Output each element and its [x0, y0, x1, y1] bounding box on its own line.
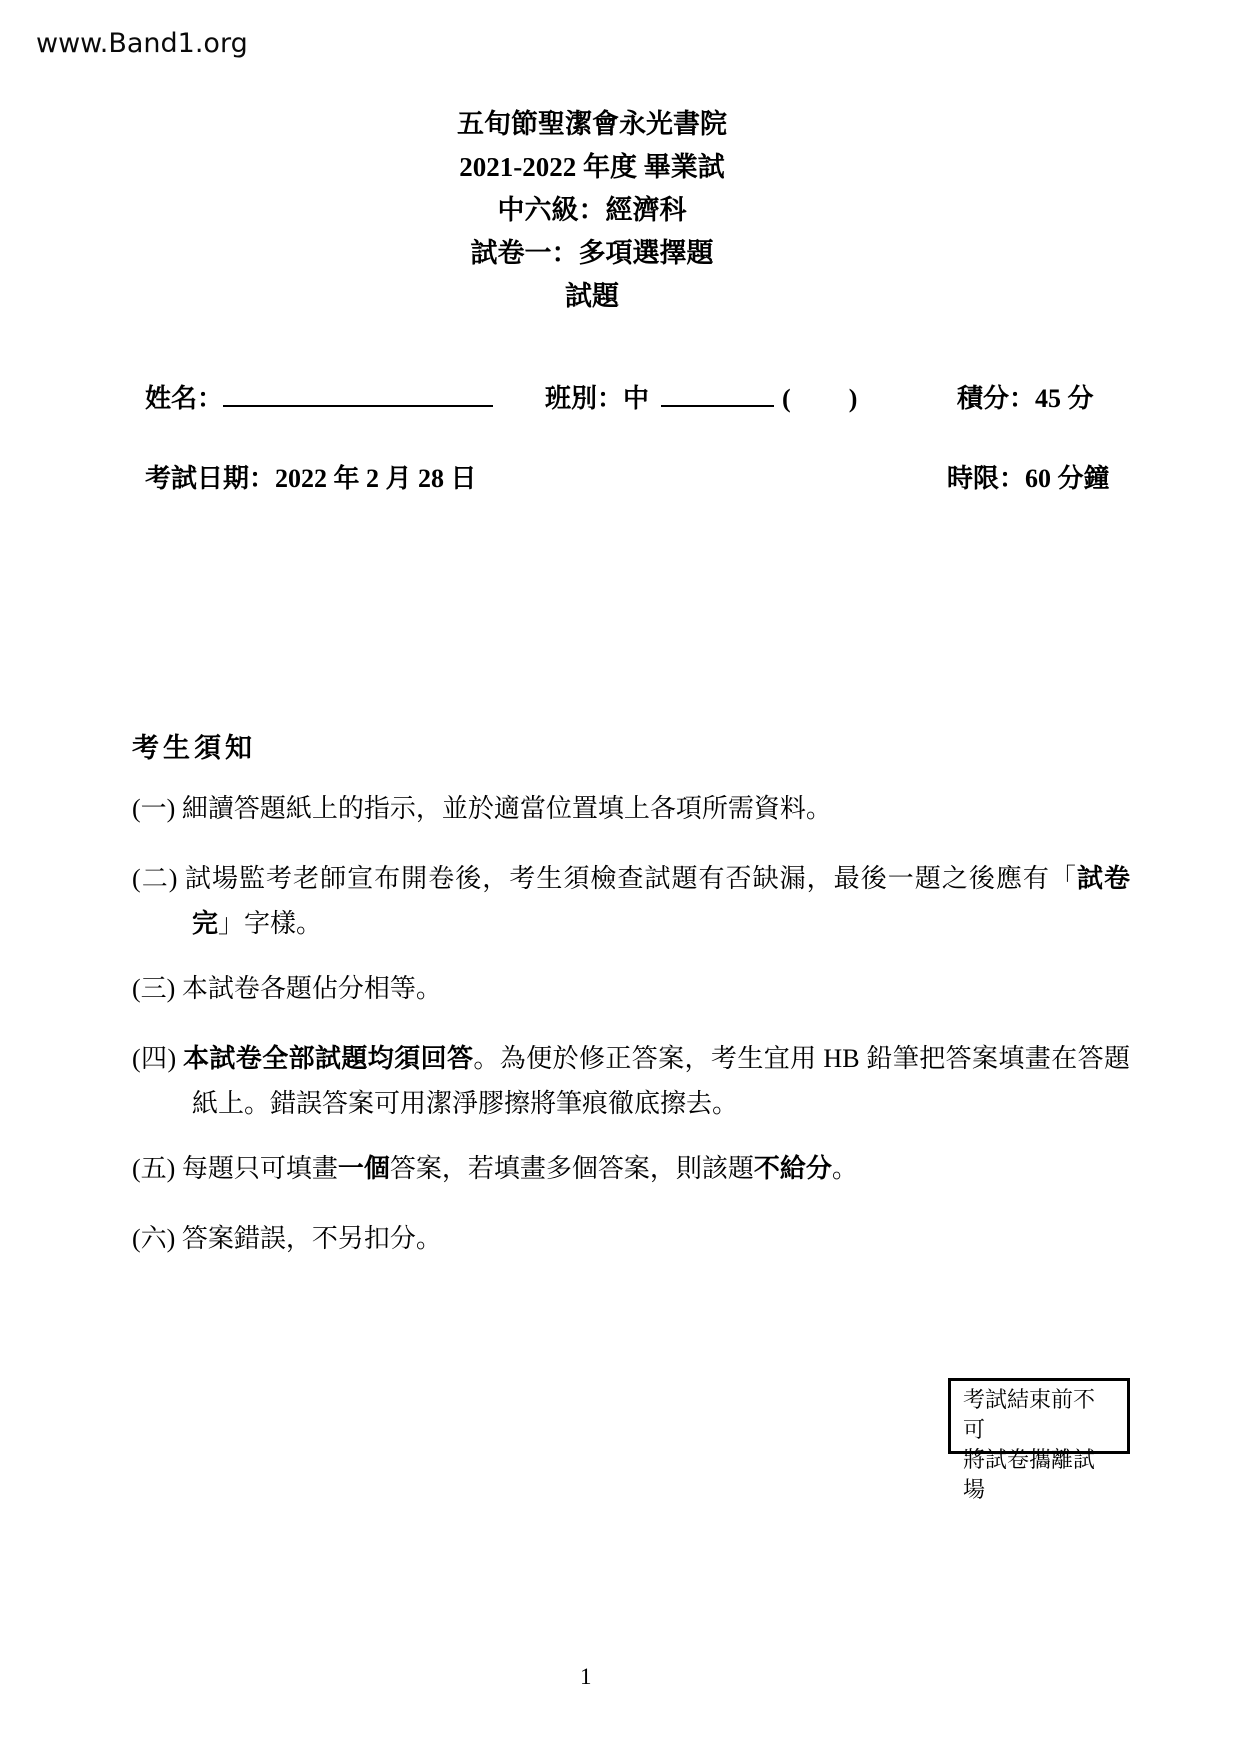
notice-text-segment: 答案錯誤，不另扣分。 [182, 1224, 442, 1253]
class-blank-field [661, 381, 774, 407]
school-name: 五旬節聖潔會永光書院 [132, 106, 1052, 149]
exam-paper-page: www.Band1.org 五旬節聖潔會永光書院 2021-2022 年度 畢業… [0, 0, 1240, 1754]
notice-text-segment: 。 [832, 1154, 858, 1183]
exam-year: 2021-2022 年度 畢業試 [132, 149, 1052, 192]
class-paren-close: ) [849, 384, 858, 413]
name-row-group: 姓名： [145, 378, 493, 415]
notice-item-5: (五) 每題只可填畫一個答案，若填畫多個答案，則該題不給分。 [132, 1146, 1130, 1191]
class-row-group: 班別：中() [545, 378, 857, 415]
score-label: 積分：45 分 [957, 378, 1094, 415]
class-paren-open: ( [782, 384, 791, 413]
notice-item-number: (三) [132, 974, 182, 1003]
notice-text-segment: 不給分 [754, 1154, 832, 1183]
notice-text-segment: 本試卷各題佔分相等。 [182, 974, 442, 1003]
notice-item-number: (五) [132, 1154, 182, 1183]
notice-item-number: (一) [132, 794, 182, 823]
grade-subject: 中六級：經濟科 [132, 192, 1052, 235]
warning-box: 考試結束前不可 將試卷攜離試場 [948, 1378, 1130, 1454]
notice-item-2: (二) 試場監考老師宣布開卷後，考生須檢查試題有否缺漏，最後一題之後應有「試卷完… [132, 856, 1130, 946]
notice-text-segment: 每題只可填畫 [182, 1154, 338, 1183]
notice-item-3: (三) 本試卷各題佔分相等。 [132, 966, 1130, 1011]
notice-item-number: (六) [132, 1224, 182, 1253]
notice-section: 考生須知 (一) 細讀答題紙上的指示，並於適當位置填上各項所需資料。(二) 試場… [132, 726, 1130, 765]
name-blank-field [223, 381, 493, 407]
notice-text-segment: 本試卷全部試題均須回答 [183, 1044, 473, 1073]
paper-name: 試卷一：多項選擇題 [132, 235, 1052, 278]
notice-text-segment: 答案，若填畫多個答案，則該題 [390, 1154, 754, 1183]
notice-heading: 考生須知 [132, 726, 1130, 765]
notice-text-segment: 試場監考老師宣布開卷後，考生須檢查試題有否缺漏，最後一題之後應有「 [185, 864, 1077, 893]
notice-text-segment: 一個 [338, 1154, 390, 1183]
class-label: 班別：中 [545, 384, 649, 413]
notice-item-number: (二) [132, 864, 185, 893]
watermark-url: www.Band1.org [36, 28, 248, 59]
warning-line-1: 考試結束前不可 [963, 1385, 1115, 1445]
time-limit: 時限：60 分鐘 [947, 458, 1110, 495]
doc-type: 試題 [132, 278, 1052, 321]
exam-date: 考試日期：2022 年 2 月 28 日 [145, 458, 477, 495]
notice-item-number: (四) [132, 1044, 183, 1073]
warning-line-2: 將試卷攜離試場 [963, 1445, 1115, 1505]
name-label: 姓名： [145, 384, 223, 413]
notice-item-6: (六) 答案錯誤，不另扣分。 [132, 1216, 1130, 1261]
page-number: 1 [580, 1664, 592, 1690]
notice-text-segment: 細讀答題紙上的指示，並於適當位置填上各項所需資料。 [182, 794, 832, 823]
title-block: 五旬節聖潔會永光書院 2021-2022 年度 畢業試 中六級：經濟科 試卷一：… [132, 106, 1052, 321]
notice-item-4: (四) 本試卷全部試題均須回答。為便於修正答案，考生宜用 HB 鉛筆把答案填畫在… [132, 1036, 1130, 1126]
notice-item-1: (一) 細讀答題紙上的指示，並於適當位置填上各項所需資料。 [132, 786, 1130, 831]
notice-text-segment: 」字樣。 [218, 909, 322, 938]
